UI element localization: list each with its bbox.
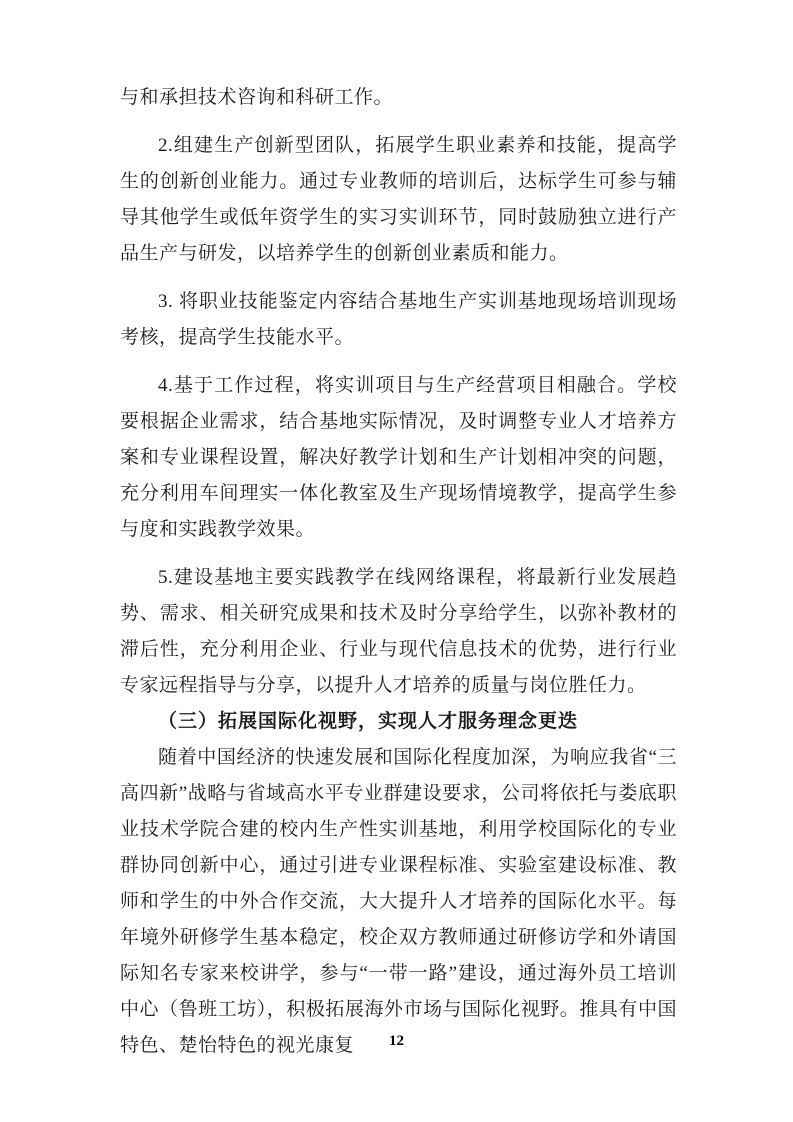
paragraph-item-3: 3. 将职业技能鉴定内容结合基地生产实训基地现场培训现场考核，提高学生技能水平。	[120, 284, 677, 356]
paragraph-item-5: 5.建设基地主要实践教学在线网络课程，将最新行业发展趋势、需求、相关研究成果和技…	[120, 560, 677, 704]
section-heading: （三）拓展国际化视野，实现人才服务理念更迭	[120, 704, 677, 740]
page-number: 12	[389, 1033, 404, 1049]
page-body-text: 与和承担技术咨询和科研工作。 2.组建生产创新型团队，拓展学生职业素养和技能，提…	[120, 80, 677, 1064]
paragraph-item-4: 4.基于工作过程，将实训项目与生产经营项目相融合。学校要根据企业需求，结合基地实…	[120, 368, 677, 548]
document-page: 与和承担技术咨询和科研工作。 2.组建生产创新型团队，拓展学生职业素养和技能，提…	[0, 0, 793, 1122]
paragraph-international: 随着中国经济的快速发展和国际化程度加深，为响应我省“三高四新”战略与省域高水平专…	[120, 740, 677, 1064]
page-footer: 12	[0, 1032, 793, 1050]
paragraph-item-2: 2.组建生产创新型团队，拓展学生职业素养和技能，提高学生的创新创业能力。通过专业…	[120, 128, 677, 272]
paragraph-continuation: 与和承担技术咨询和科研工作。	[120, 80, 677, 116]
